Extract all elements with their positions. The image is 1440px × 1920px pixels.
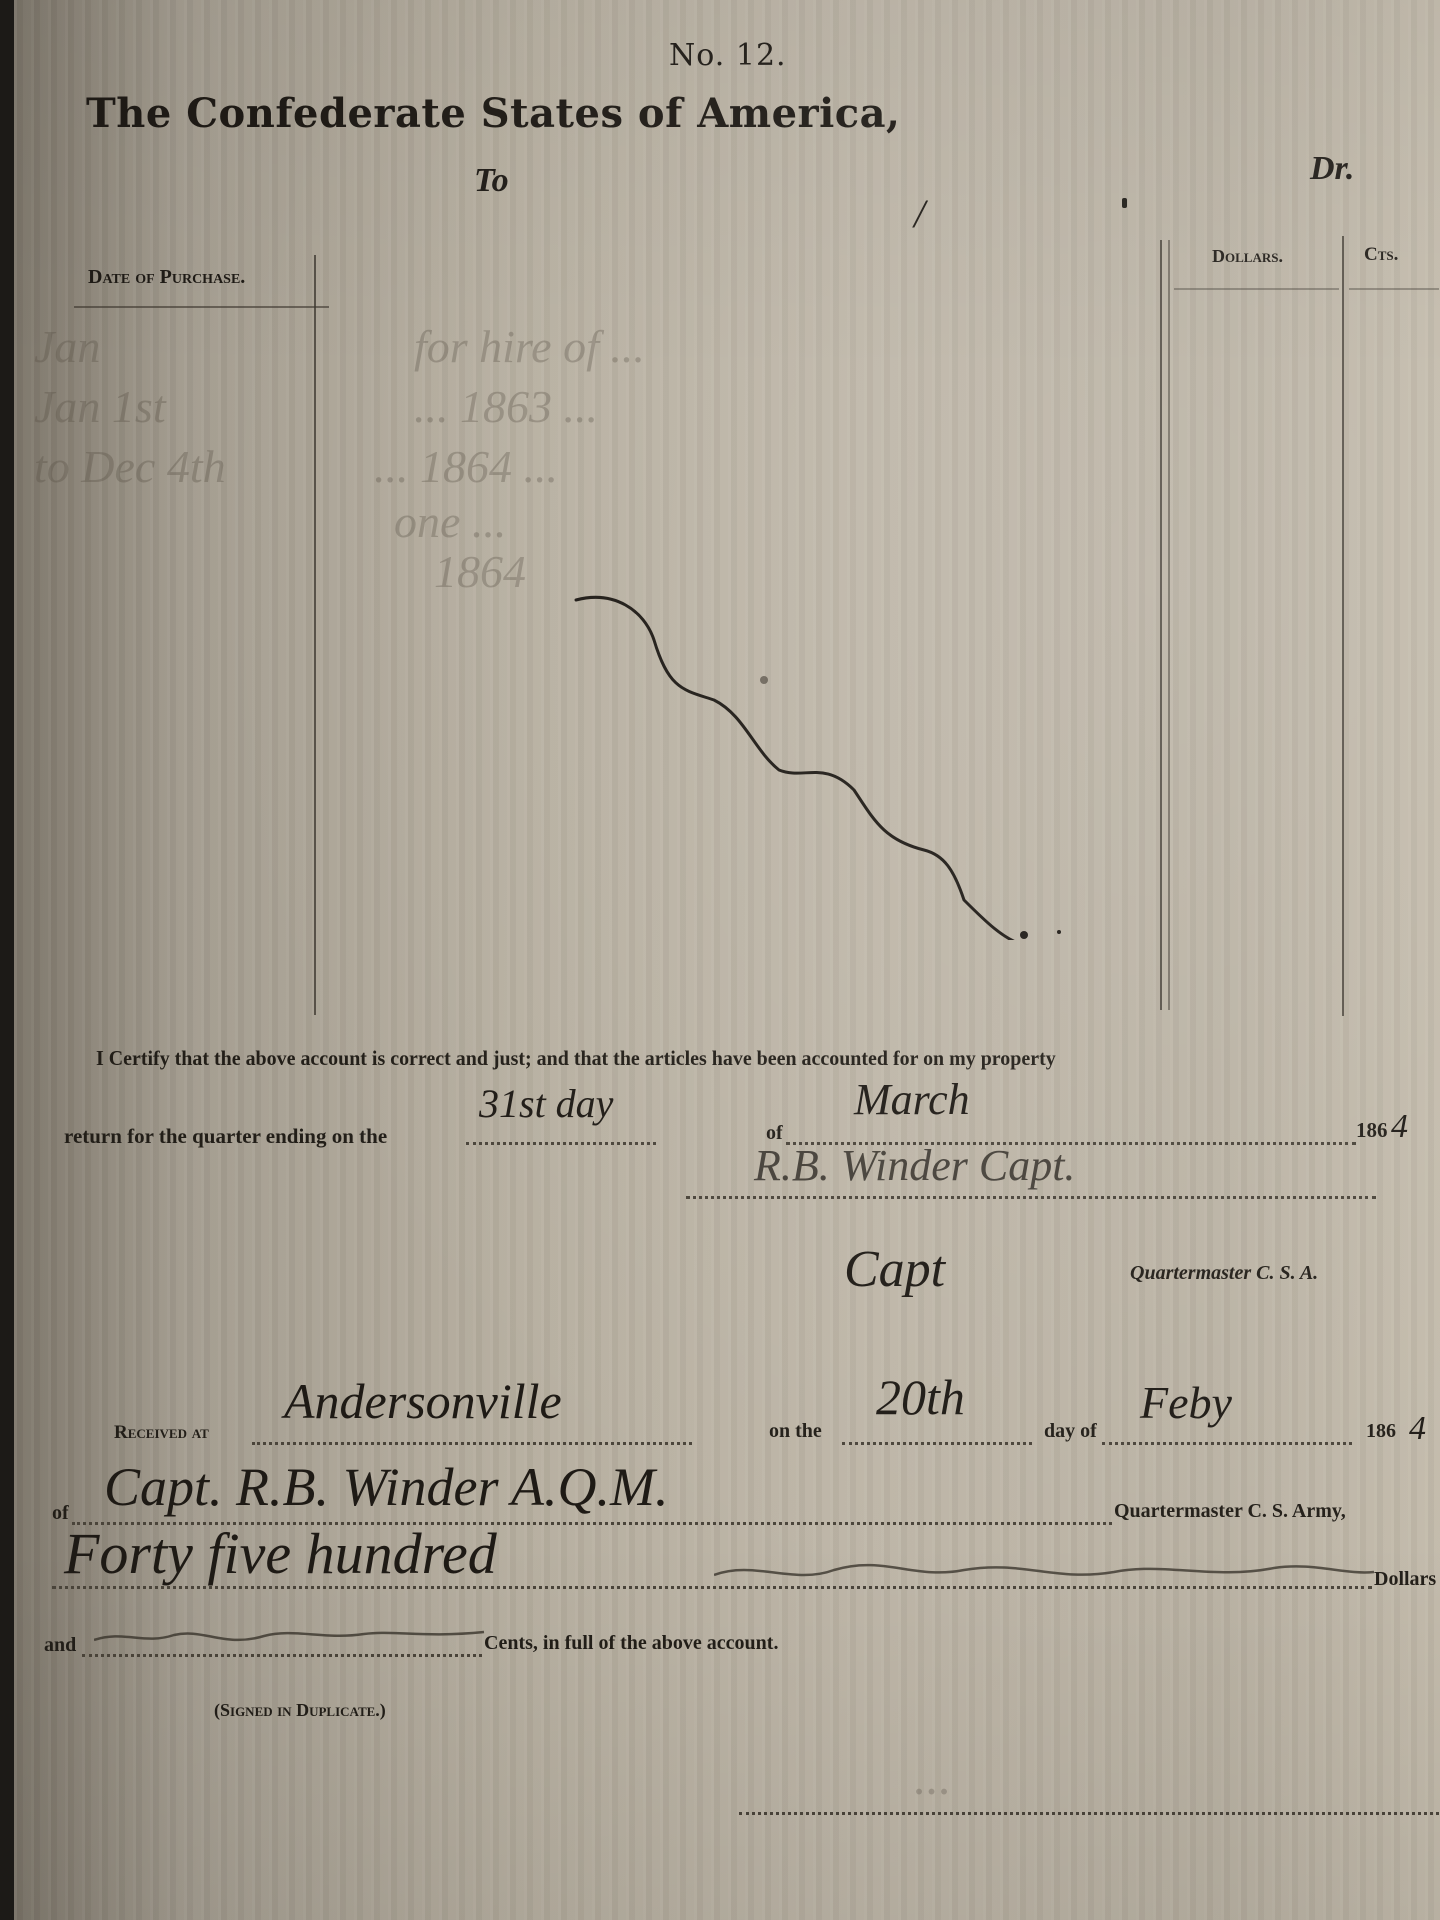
quartermaster-signature: R.B. Winder Capt.	[754, 1140, 1075, 1191]
receipt-signature-dotted-line	[739, 1812, 1439, 1815]
column-header-dollars: Dollars.	[1212, 246, 1283, 267]
day-dotted-line	[466, 1142, 656, 1145]
certification-line-2-prefix: return for the quarter ending on the	[64, 1124, 387, 1149]
day-of-label: day of	[1044, 1420, 1097, 1443]
on-the-label: on the	[769, 1420, 822, 1443]
year-prefix: 186	[1356, 1118, 1388, 1143]
amount-words-handwritten: Forty five hundred	[64, 1520, 497, 1587]
day-dotted-line	[842, 1442, 1032, 1445]
dollars-header-rule	[1174, 288, 1339, 290]
cents-header-rule	[1349, 288, 1439, 290]
dollars-column-left-divider-double	[1168, 240, 1170, 1010]
payer-title-label: Quartermaster C. S. Army,	[1114, 1500, 1346, 1523]
comma-mark	[1122, 198, 1127, 208]
amount-fill-squiggle	[714, 1550, 1374, 1590]
certification-line-1: I Certify that the above account is corr…	[96, 1046, 1056, 1071]
form-title: The Confederate States of America,	[86, 90, 900, 137]
dollars-label: Dollars	[1374, 1568, 1436, 1591]
faded-date-entry: to Dec 4th	[34, 440, 226, 493]
signature-dotted-line	[686, 1196, 1376, 1199]
faded-description-line: one ...	[394, 495, 506, 548]
received-year-suffix-handwritten: 4	[1409, 1410, 1426, 1448]
faded-description-line: for hire of ...	[414, 320, 645, 373]
quarter-day-handwritten: 31st day	[479, 1080, 613, 1127]
received-month-handwritten: Feby	[1140, 1376, 1232, 1429]
column-header-date-of-purchase: Date of Purchase.	[88, 266, 245, 289]
year-suffix-handwritten: 4	[1391, 1108, 1408, 1146]
cents-fill-squiggle	[94, 1620, 494, 1650]
received-day-handwritten: 20th	[876, 1368, 965, 1426]
voucher-paper: No. 12. The Confederate States of Americ…	[14, 0, 1440, 1920]
date-column-rule	[74, 306, 329, 308]
faded-description-line: ... 1864 ...	[374, 440, 558, 493]
faded-description-line: ... 1863 ...	[414, 380, 598, 433]
cents-full-account-label: Cents, in full of the above account.	[484, 1632, 778, 1655]
form-number: No. 12.	[669, 38, 787, 73]
faded-receipt-signature: ...	[914, 1748, 952, 1806]
faded-date-entry: Jan	[34, 320, 100, 373]
place-dotted-line	[252, 1442, 692, 1445]
cents-column-divider	[1342, 236, 1344, 1016]
received-place-handwritten: Andersonville	[284, 1372, 562, 1430]
date-column-divider	[314, 255, 316, 1015]
quartermaster-csa-label: Quartermaster C. S. A.	[1130, 1262, 1318, 1285]
quarter-month-handwritten: March	[854, 1074, 970, 1125]
cents-dotted-line	[82, 1654, 482, 1657]
received-at-label: Received at	[114, 1422, 209, 1444]
column-header-cents: Cts.	[1364, 244, 1398, 266]
payer-handwritten: Capt. R.B. Winder A.Q.M.	[104, 1456, 668, 1518]
cancellation-squiggle	[554, 580, 1074, 940]
signed-in-duplicate-note: (Signed in Duplicate.)	[214, 1700, 386, 1721]
dr-label: Dr.	[1310, 150, 1354, 188]
to-handwritten-mark: /	[914, 190, 925, 237]
to-label: To	[474, 162, 509, 200]
and-label: and	[44, 1634, 76, 1657]
received-year-prefix: 186	[1366, 1420, 1396, 1443]
faded-description-line: 1864	[434, 545, 526, 598]
signature-title-handwritten: Capt	[844, 1240, 945, 1299]
faded-date-entry: Jan 1st	[34, 380, 166, 433]
month-dotted-line	[1102, 1442, 1352, 1445]
dollars-column-left-divider	[1160, 240, 1162, 1010]
